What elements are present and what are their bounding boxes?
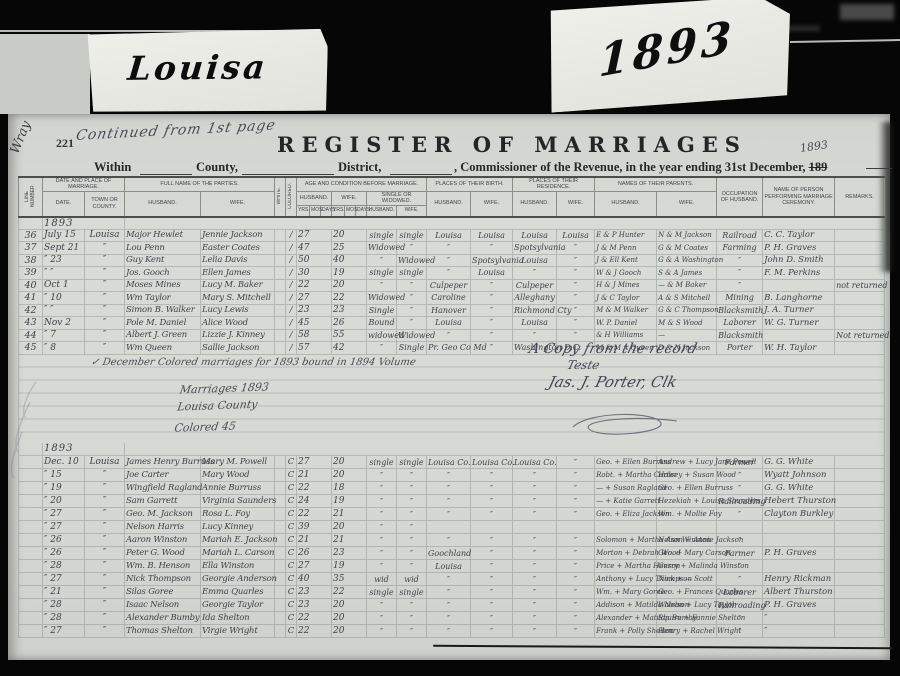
cell-par_h: Frank + Polly Shelton — [595, 625, 657, 638]
cell-m1 — [275, 625, 286, 638]
cell-age_w: 40 — [332, 254, 367, 267]
cell-res_h: Louisa — [513, 229, 557, 242]
cell-birth_w: ″ — [471, 469, 513, 482]
cell-date: ″ 23 — [43, 254, 85, 267]
cell-town: ″ — [85, 292, 125, 305]
cell-birth_w: ″ — [471, 586, 513, 599]
cell-m1 — [275, 317, 286, 330]
cell-cond_h: ″ — [367, 495, 397, 508]
cell-mark: C — [286, 534, 297, 547]
cell-cond_h: ″ — [367, 625, 397, 638]
cell-occ: Railroading — [717, 599, 763, 612]
cell-birth_h: ″ — [427, 242, 471, 255]
cell-no: 43 — [19, 317, 43, 330]
cell-town: ″ — [85, 612, 125, 625]
col-minister: Name of Person Performing Marriage Cerem… — [763, 177, 835, 217]
register-row: ″ 21″Silas GoreeEmma QuarlesC2322singles… — [19, 586, 885, 599]
cell-date: ″ 27 — [43, 573, 85, 586]
cell-birth_h: Pr. Geo Co Md — [427, 342, 471, 355]
cell-minister: W. H. Taylor — [763, 342, 835, 355]
cell-m1 — [275, 482, 286, 495]
marriage-register-table: Line Number Date and Place of Marriage. … — [18, 176, 885, 638]
cell-birth_w: ″ — [471, 304, 513, 317]
cell-occ: Blacksmith — [717, 304, 763, 317]
cell-town: ″ — [85, 304, 125, 317]
cell-birth_h: ″ — [427, 599, 471, 612]
cell-age_w: 20 — [332, 279, 367, 292]
cell-occ: Laborer — [717, 317, 763, 330]
cell-birth_w: ″ — [471, 495, 513, 508]
cell-par_h: Alexander + Matilda Bumby — [595, 612, 657, 625]
cell-date: ″ 28 — [43, 560, 85, 573]
cell-res_h: ″ — [513, 599, 557, 612]
cell-no: 36 — [19, 229, 43, 242]
col-white: White. — [275, 177, 286, 217]
cell-m1 — [275, 586, 286, 599]
film-label-louisa: Louisa — [126, 47, 269, 88]
cell-par_w: Geo. + Frances Quarles — [657, 586, 717, 599]
cell-mark: / — [286, 292, 297, 305]
section-year-row: 1893 — [19, 443, 885, 456]
cell-age_w: 20 — [332, 612, 367, 625]
col-group-residence: Places of their Residence. — [513, 177, 595, 191]
col-date: Date. — [43, 191, 85, 217]
cell-birth_w: ″ — [471, 242, 513, 255]
cell-husband: Jos. Gooch — [125, 267, 201, 280]
cell-mark: C — [286, 547, 297, 560]
cell-res_w: ″ — [557, 547, 595, 560]
cell-age_h: 45 — [297, 317, 332, 330]
cell-age_h: 24 — [297, 495, 332, 508]
cell-husband: Albert J. Green — [125, 329, 201, 342]
white-label: White. — [277, 187, 283, 205]
blank-commissioner — [390, 174, 452, 175]
cell-par_w: Gerry + Malinda Winston — [657, 560, 717, 573]
cell-husband: Sam Garrett — [125, 495, 201, 508]
cell-wife: Ella Winston — [201, 560, 275, 573]
page-bottom-edge — [433, 645, 893, 649]
cell-res_h: ″ — [513, 469, 557, 482]
cell-par_w: — — [657, 329, 717, 342]
year-printed-struck: 189 — [809, 160, 828, 174]
cell-res_w: ″ — [557, 469, 595, 482]
strike-tail-line — [866, 168, 892, 169]
year-handwritten: 1893 — [799, 138, 829, 155]
cell-mark: C — [286, 508, 297, 521]
cell-cond_h: Widowed — [367, 242, 397, 255]
cell-age_w: 25 — [332, 242, 367, 255]
cell-wife: Lelia Davis — [201, 254, 275, 267]
cell-date: ″ ″ — [43, 267, 85, 280]
cell-occ: ″ — [717, 254, 763, 267]
cell-minister: ″ — [763, 612, 835, 625]
col-birth-wife: Wife. — [471, 191, 513, 217]
cell-wife: Annie Burruss — [201, 482, 275, 495]
cell-par_h — [595, 521, 657, 534]
summary-line-3: Colored 45 — [173, 418, 237, 437]
cell-res_w: ″ — [557, 329, 595, 342]
cell-minister: P. H. Graves — [763, 599, 835, 612]
cell-minister — [763, 521, 835, 534]
signature-flourish — [559, 409, 689, 443]
cell-wife: Lucy Lewis — [201, 304, 275, 317]
register-row: 39″ ″″Jos. GoochEllen James/3019singlesi… — [19, 267, 885, 280]
cell-no: 44 — [19, 329, 43, 342]
cell-cond_h: ″ — [367, 612, 397, 625]
cell-cond_w: ″ — [397, 534, 427, 547]
line-number-label: Line Number — [25, 179, 37, 213]
cell-no: 39 — [19, 267, 43, 280]
cell-cond_w: ″ — [397, 612, 427, 625]
cell-date: ″ 10 — [43, 292, 85, 305]
cell-par_h: Wm. + Mary Goree — [595, 586, 657, 599]
cell-minister: J. A. Turner — [763, 304, 835, 317]
cell-remarks — [835, 254, 885, 267]
cell-town: ″ — [85, 625, 125, 638]
cell-town: ″ — [85, 267, 125, 280]
cell-no — [19, 586, 43, 599]
cell-res_h: ″ — [513, 547, 557, 560]
cell-birth_w: ″ — [471, 625, 513, 638]
cell-cond_h: Single — [367, 304, 397, 317]
cell-age_w: 18 — [332, 482, 367, 495]
cell-wife: Easter Coates — [201, 242, 275, 255]
register-row: ″ 26″Aaron WinstonMariah E. JacksonC2121… — [19, 534, 885, 547]
cell-minister: ″ — [763, 625, 835, 638]
cell-res_w: Louisa — [557, 229, 595, 242]
cell-cond_h: widowed — [367, 329, 397, 342]
cell-age_h: 23 — [297, 586, 332, 599]
register-row: 45″ 8″Wm QueenSallie Jackson/5742″Single… — [19, 342, 885, 355]
cell-mark: C — [286, 560, 297, 573]
cell-res_w: ″ — [557, 254, 595, 267]
cell-par_w: G & A Washington — [657, 254, 717, 267]
cell-age_h: 30 — [297, 267, 332, 280]
commissioner-phrase: , Commissioner of the Revenue, in the ye… — [454, 160, 805, 174]
cell-husband: Simon B. Walker — [125, 304, 201, 317]
summary-line-1: Marriages 1893 — [179, 380, 270, 396]
entries-bottom-section: 1893Dec. 10LouisaJames Henry BurrussMary… — [19, 443, 885, 638]
cell-m1 — [275, 304, 286, 317]
cell-par_w: Henry + Rachel Wright — [657, 625, 717, 638]
col-birth-husband: Husband. — [427, 191, 471, 217]
cell-no — [19, 534, 43, 547]
cell-age_h: 47 — [297, 242, 332, 255]
cell-age_w: 20 — [332, 599, 367, 612]
col-group-birth: Places of their Birth. — [427, 177, 513, 191]
cell-remarks — [835, 495, 885, 508]
cell-town: ″ — [85, 317, 125, 330]
cell-age_h: 50 — [297, 254, 332, 267]
cell-remarks: Not returned — [835, 329, 885, 342]
page-title: REGISTER OF MARRIAGES — [262, 132, 762, 157]
cell-town: ″ — [85, 586, 125, 599]
cell-res_h: Louisa Co. — [513, 456, 557, 469]
cell-cond_w: ″ — [397, 317, 427, 330]
cell-par_w: Geo. + Ellen Burruss — [657, 482, 717, 495]
cell-res_h: Alleghany — [513, 292, 557, 305]
cell-age_h: 27 — [297, 456, 332, 469]
col-line-number: Line Number — [19, 177, 43, 217]
clerk-attestation: A Copy from the record Teste Jas. J. Por… — [519, 341, 699, 391]
cell-minister: B. Langhorne — [763, 292, 835, 305]
cell-husband: Pole M. Daniel — [125, 317, 201, 330]
cell-remarks — [835, 547, 885, 560]
cell-age_h: 26 — [297, 547, 332, 560]
cell-m1 — [275, 267, 286, 280]
cell-par_w: S & A James — [657, 267, 717, 280]
cell-birth_h: Louisa — [427, 317, 471, 330]
col-mos-w: Mos. — [345, 205, 356, 217]
cell-remarks — [835, 625, 885, 638]
cell-res_w: ″ — [557, 292, 595, 305]
register-row: ″ 27″Geo. M. JacksonRosa L. FoyC2221″″″″… — [19, 508, 885, 521]
cell-par_h: J & Ell Kent — [595, 254, 657, 267]
cell-remarks — [835, 267, 885, 280]
cell-age_w: 19 — [332, 267, 367, 280]
cell-cond_h: ″ — [367, 560, 397, 573]
cell-cond_h: wid — [367, 573, 397, 586]
cell-no — [19, 495, 43, 508]
register-row: ″ 27″Thomas SheltonVirgie WrightC2220″″″… — [19, 625, 885, 638]
cell-remarks — [835, 508, 885, 521]
cell-cond_h: ″ — [367, 342, 397, 355]
cell-age_h: 27 — [297, 560, 332, 573]
cell-wife: Ida Shelton — [201, 612, 275, 625]
col-group-parties: Full Name of the Parties. — [125, 177, 275, 191]
cell-remarks: not returned — [835, 279, 885, 292]
cell-husband: Alexander Bumby — [125, 612, 201, 625]
cell-par_h: Price + Martha Henson — [595, 560, 657, 573]
cell-wife: Georgie Anderson — [201, 573, 275, 586]
december-note: ✓ December Colored marriages for 1893 bo… — [90, 357, 417, 368]
cell-cond_w: single — [397, 267, 427, 280]
cell-res_h: ″ — [513, 612, 557, 625]
cell-wife: Rosa L. Foy — [201, 508, 275, 521]
cell-cond_w: ″ — [397, 521, 427, 534]
cell-par_h: Addison + Matilda Nelson — [595, 599, 657, 612]
cell-cond_h: ″ — [367, 547, 397, 560]
col-occupation: Occupation of Husband. — [717, 177, 763, 217]
cell-mark: C — [286, 573, 297, 586]
cell-res_w: ″ — [557, 573, 595, 586]
cell-no: 45 — [19, 342, 43, 355]
cell-birth_w: ″ — [471, 573, 513, 586]
cell-husband: Peter G. Wood — [125, 547, 201, 560]
cell-cond_w: single — [397, 229, 427, 242]
cell-m1 — [275, 229, 286, 242]
cell-occ: Porter — [717, 342, 763, 355]
cell-par_w: Andrew + Lucy Jane Powell — [657, 456, 717, 469]
cell-birth_w — [471, 521, 513, 534]
register-row: ″ 28″Wm. B. HensonElla WinstonC2719″″Lou… — [19, 560, 885, 573]
cell-age_h: 27 — [297, 292, 332, 305]
cell-wife: Ellen James — [201, 267, 275, 280]
summary-note: Marriages 1893 Louisa County Colored 45 — [173, 379, 270, 437]
cell-par_w: Halsey + Susan Wood — [657, 469, 717, 482]
cell-age_h: 22 — [297, 625, 332, 638]
cell-husband: Moses Mines — [125, 279, 201, 292]
cell-cond_w: ″ — [397, 625, 427, 638]
cell-mark: / — [286, 229, 297, 242]
cell-cond_h: ″ — [367, 254, 397, 267]
table-header: Line Number Date and Place of Marriage. … — [19, 177, 885, 217]
cell-age_w: 20 — [332, 469, 367, 482]
cell-minister: Clayton Burkley — [763, 508, 835, 521]
cell-no — [19, 625, 43, 638]
cell-age_w: 23 — [332, 547, 367, 560]
cell-par_h: Morton + Debrah Wood — [595, 547, 657, 560]
cell-age_h: 58 — [297, 329, 332, 342]
cell-minister: Wyatt Johnson — [763, 469, 835, 482]
cell-par_h: Robt. + Martha Carter — [595, 469, 657, 482]
spacer — [125, 443, 885, 456]
cell-occ: ″ — [717, 573, 763, 586]
cell-res_w: ″ — [557, 317, 595, 330]
cell-date: ″ 27 — [43, 508, 85, 521]
cell-occ: Farming — [717, 242, 763, 255]
cell-age_h: 27 — [297, 229, 332, 242]
entries-top-section: 189336July 15LouisaMajor HewletJennie Ja… — [19, 217, 885, 355]
cell-age_w: 26 — [332, 317, 367, 330]
cell-date: ″ ″ — [43, 304, 85, 317]
cell-mark: C — [286, 456, 297, 469]
cell-remarks — [835, 242, 885, 255]
cell-m1 — [275, 342, 286, 355]
check-mark: ✓ — [90, 357, 100, 368]
cell-res_h: ″ — [513, 482, 557, 495]
cell-age_w: 20 — [332, 625, 367, 638]
cell-minister: Albert Thurston — [763, 586, 835, 599]
cell-date: ″ 21 — [43, 586, 85, 599]
cell-husband: Major Hewlet — [125, 229, 201, 242]
cell-date: ″ 26 — [43, 534, 85, 547]
cell-age_h: 40 — [297, 573, 332, 586]
cell-res_h: Culpeper — [513, 279, 557, 292]
cell-res_h: ″ — [513, 560, 557, 573]
cell-par_w: G & M Coates — [657, 242, 717, 255]
film-paper-edge — [0, 34, 90, 114]
cell-res_w: ″ — [557, 599, 595, 612]
cell-minister: Hebert Thurston — [763, 495, 835, 508]
cell-res_w: ″ — [557, 495, 595, 508]
cell-husband: Wm Queen — [125, 342, 201, 355]
cell-minister: P. H. Graves — [763, 547, 835, 560]
cell-remarks — [835, 304, 885, 317]
cell-age_w: 55 — [332, 329, 367, 342]
cell-wife: Sallie Jackson — [201, 342, 275, 355]
cell-remarks — [835, 317, 885, 330]
cell-par_w: N & M Jackson — [657, 229, 717, 242]
cell-mark: C — [286, 625, 297, 638]
cell-mark: / — [286, 304, 297, 317]
register-row: 38″ 23″Guy KentLelia Davis/5040″Widowed″… — [19, 254, 885, 267]
cell-par_w — [657, 521, 717, 534]
cell-birth_h: ″ — [427, 586, 471, 599]
cell-res_w — [557, 521, 595, 534]
cell-birth_h: Louisa — [427, 229, 471, 242]
section-year-label: 1893 — [43, 217, 125, 230]
cell-m1 — [275, 456, 286, 469]
cell-cond_h: ″ — [367, 469, 397, 482]
cell-town: ″ — [85, 573, 125, 586]
register-row: 42″ ″″Simon B. WalkerLucy Lewis/2323Sing… — [19, 304, 885, 317]
col-age-wife: Wife. — [332, 191, 367, 205]
cell-minister — [763, 279, 835, 292]
cell-m1 — [275, 329, 286, 342]
cell-par_h: J & C Taylor — [595, 292, 657, 305]
cell-town: ″ — [85, 254, 125, 267]
col-yrs-h: Yrs. — [297, 205, 310, 217]
register-row: ″ 27″Nick ThompsonGeorgie AndersonC4035w… — [19, 573, 885, 586]
cell-minister — [763, 329, 835, 342]
cell-cond_w: ″ — [397, 469, 427, 482]
cell-age_w: 23 — [332, 304, 367, 317]
cell-age_w: 22 — [332, 586, 367, 599]
cell-age_w: 21 — [332, 508, 367, 521]
section-year-row: 1893 — [19, 217, 885, 230]
cell-wife: Mary S. Mitchell — [201, 292, 275, 305]
blank-district — [242, 174, 334, 175]
cell-husband: Wm. B. Henson — [125, 560, 201, 573]
cell-husband: Aaron Winston — [125, 534, 201, 547]
cell-res_w: ″ — [557, 279, 595, 292]
district-label: District, — [338, 160, 381, 175]
register-row: ″ 19″Wingfield RaglandAnnie BurrussC2218… — [19, 482, 885, 495]
cell-m1 — [275, 242, 286, 255]
cell-date: ″ 26 — [43, 547, 85, 560]
cell-date: ″ 27 — [43, 625, 85, 638]
cell-remarks — [835, 456, 885, 469]
cell-res_h: ″ — [513, 495, 557, 508]
cell-no: 42 — [19, 304, 43, 317]
clerk-line-1: A Copy from the record — [527, 341, 698, 357]
film-label-year: 1893 — [598, 11, 736, 88]
cell-birth_h: ″ — [427, 625, 471, 638]
cell-wife: Alice Wood — [201, 317, 275, 330]
cell-wife: Georgie Taylor — [201, 599, 275, 612]
cell-cond_w: ″ — [397, 560, 427, 573]
cell-m1 — [275, 279, 286, 292]
cell-birth_w: ″ — [471, 547, 513, 560]
cell-birth_h: ″ — [427, 573, 471, 586]
col-days-h: Days. — [321, 205, 332, 217]
cell-res_h: Spotsylvania — [513, 242, 557, 255]
col-colored: Colored. — [286, 177, 297, 217]
register-row: ″ 28″Isaac NelsonGeorgie TaylorC2320″″″″… — [19, 599, 885, 612]
cell-res_w: ″ — [557, 482, 595, 495]
cell-res_w: ″ — [557, 625, 595, 638]
cell-occ: Railroad — [717, 229, 763, 242]
cell-cond_h: single — [367, 456, 397, 469]
cell-age_h: 21 — [297, 469, 332, 482]
cell-birth_h: ″ — [427, 612, 471, 625]
cell-par_w: M & S Wood — [657, 317, 717, 330]
commissioner-text: , Commissioner of the Revenue, in the ye… — [454, 160, 827, 175]
cell-cond_w: Single — [397, 342, 427, 355]
cell-birth_w: ″ — [471, 482, 513, 495]
colored-label: Colored. — [288, 183, 294, 209]
cell-par_h: Anthony + Lucy Thompson — [595, 573, 657, 586]
cell-town: ″ — [85, 508, 125, 521]
cell-m1 — [275, 469, 286, 482]
cell-par_w: Watson + Lucy Taylor — [657, 599, 717, 612]
col-parents-wife: Wife. — [657, 191, 717, 217]
cell-date: ″ 20 — [43, 495, 85, 508]
cell-wife: Lucy M. Baker — [201, 279, 275, 292]
cell-remarks — [835, 469, 885, 482]
cell-date: Oct 1 — [43, 279, 85, 292]
